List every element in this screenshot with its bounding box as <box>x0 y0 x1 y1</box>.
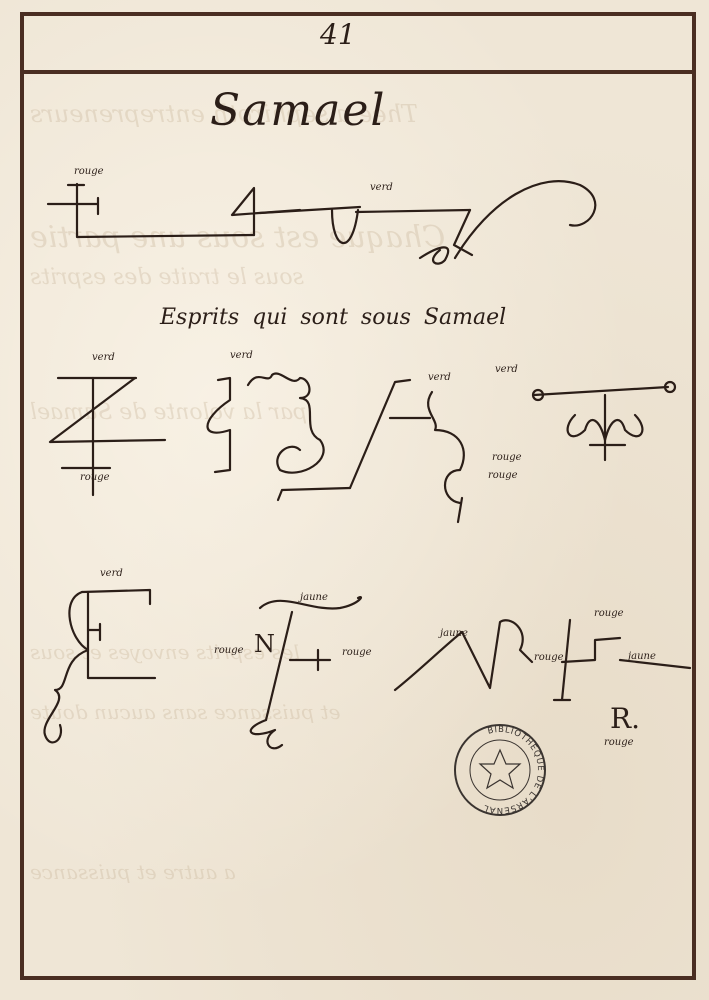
spirit-sigil-2 <box>208 373 324 472</box>
spirit-sigil-6 <box>251 597 361 748</box>
spirit-sigil-4 <box>533 382 675 460</box>
spirit-sigil-1 <box>50 378 165 495</box>
samael-seal <box>48 181 595 263</box>
star-icon <box>480 750 520 788</box>
spirit-sigil-5 <box>44 590 155 742</box>
library-stamp: BIBLIOTHEQUE DE L'ARSENAL <box>452 722 548 818</box>
spirit-sigil-7 <box>395 620 690 700</box>
sigils-drawing <box>0 0 709 1000</box>
